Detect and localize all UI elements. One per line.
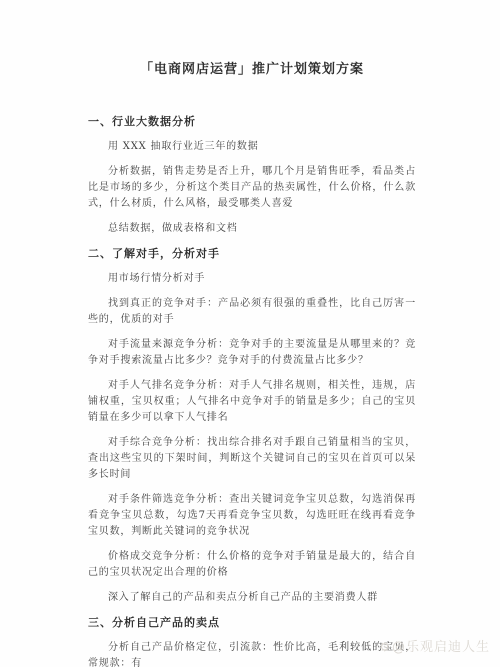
paragraph: 对手条件筛选竞争分析：查出关键词竞争宝贝总数，勾选消保再看竞争宝贝总数，勾选7天… (88, 492, 416, 540)
paragraph: 深入了解自己的产品和卖点分析自己产品的主要消费人群 (88, 590, 416, 606)
document-page: 「电商网店运营」推广计划策划方案 一、行业大数据分析 用 XXX 抽取行业近三年… (0, 0, 500, 667)
paragraph: 价格成交竞争分析：什么价格的竞争对手销量是最大的，结合自己的宝贝状况定出合理的价… (88, 549, 416, 581)
paragraph: 分析自己产品价格定位，引流款：性价比高，毛利较低的宝贝，常规款：有 (88, 640, 416, 667)
paragraph: 找到真正的竞争对手：产品必须有很强的重叠性，比自己厉害一些的，优质的对手 (88, 296, 416, 328)
paragraph: 对手综合竞争分析：找出综合排名对手跟自己销量相当的宝贝，查出这些宝贝的下架时间，… (88, 435, 416, 483)
watermark-text: @乐观启迪人生 (392, 640, 490, 655)
paragraph: 对手人气排名竞争分析：对手人气排名规则，相关性，违规，店铺权重，宝贝权重；人气排… (88, 378, 416, 426)
watermark-logo-icon: ⚙ (379, 640, 391, 654)
paragraph: 总结数据，做成表格和文档 (88, 221, 416, 237)
section-heading-competitor-analysis: 二、了解对手，分析对手 (88, 246, 416, 262)
paragraph: 用市场行情分析对手 (88, 271, 416, 287)
paragraph: 分析数据，销售走势是否上升，哪几个月是销售旺季，看品类占比是市场的多少，分析这个… (88, 164, 416, 212)
paragraph: 用 XXX 抽取行业近三年的数据 (88, 139, 416, 155)
section-heading-own-product-selling-points: 三、分析自己产品的卖点 (88, 615, 416, 631)
document-title: 「电商网店运营」推广计划策划方案 (88, 62, 416, 78)
watermark: ⚙@乐观启迪人生 (379, 636, 490, 655)
paragraph: 对手流量来源竞争分析：竞争对手的主要流量是从哪里来的？竞争对手搜索流量占比多少？… (88, 337, 416, 369)
section-heading-industry-data: 一、行业大数据分析 (88, 114, 416, 130)
